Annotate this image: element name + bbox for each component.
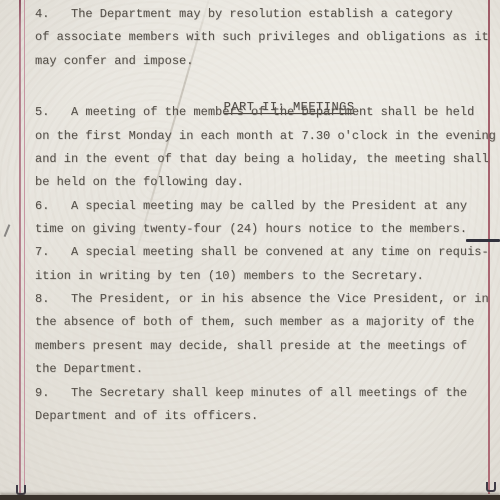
margin-line-end-mark-right bbox=[486, 482, 496, 492]
typed-line-paragraph6: time on giving twenty-four (24) hours no… bbox=[35, 218, 500, 241]
typed-line-paragraph4: of associate members with such privilege… bbox=[35, 26, 500, 49]
pen-dash-mark bbox=[466, 239, 500, 242]
typed-line-paragraph5: be held on the following day. bbox=[35, 171, 500, 194]
ledger-margin-line-left-inner bbox=[24, 0, 26, 494]
typed-line-paragraph8: the Department. bbox=[35, 358, 500, 381]
typed-text-block: 4. The Department may by resolution esta… bbox=[35, 3, 500, 428]
typed-line-paragraph5: 5. A meeting of the members of the Depar… bbox=[35, 101, 500, 124]
typed-line-paragraph8: the absence of both of them, such member… bbox=[35, 311, 500, 334]
typed-line-paragraph7: ition in writing by ten (10) members to … bbox=[35, 265, 500, 288]
typed-line-paragraph4: 4. The Department may by resolution esta… bbox=[35, 3, 500, 26]
typed-line-paragraph5: and in the event of that day being a hol… bbox=[35, 148, 500, 171]
margin-line-end-mark-left bbox=[16, 485, 26, 495]
typed-line-paragraph6: 6. A special meeting may be called by th… bbox=[35, 195, 500, 218]
typed-line-paragraph8: members present may decide, shall presid… bbox=[35, 335, 500, 358]
typed-line-paragraph5: on the first Monday in each month at 7.3… bbox=[35, 125, 500, 148]
typed-line-paragraph7: 7. A special meeting shall be convened a… bbox=[35, 241, 500, 264]
part-heading-row: PART II: MEETINGS bbox=[35, 73, 500, 96]
typed-line-paragraph4: may confer and impose. bbox=[35, 50, 500, 73]
scanned-document-page: 4. The Department may by resolution esta… bbox=[0, 0, 500, 500]
stray-ink-mark bbox=[4, 224, 10, 237]
typed-line-paragraph9: 9. The Secretary shall keep minutes of a… bbox=[35, 382, 500, 405]
ledger-margin-line-left-outer bbox=[19, 0, 21, 494]
page-bottom-edge bbox=[0, 495, 500, 500]
typed-line-paragraph9: Department and of its officers. bbox=[35, 405, 500, 428]
typed-line-paragraph8: 8. The President, or in his absence the … bbox=[35, 288, 500, 311]
